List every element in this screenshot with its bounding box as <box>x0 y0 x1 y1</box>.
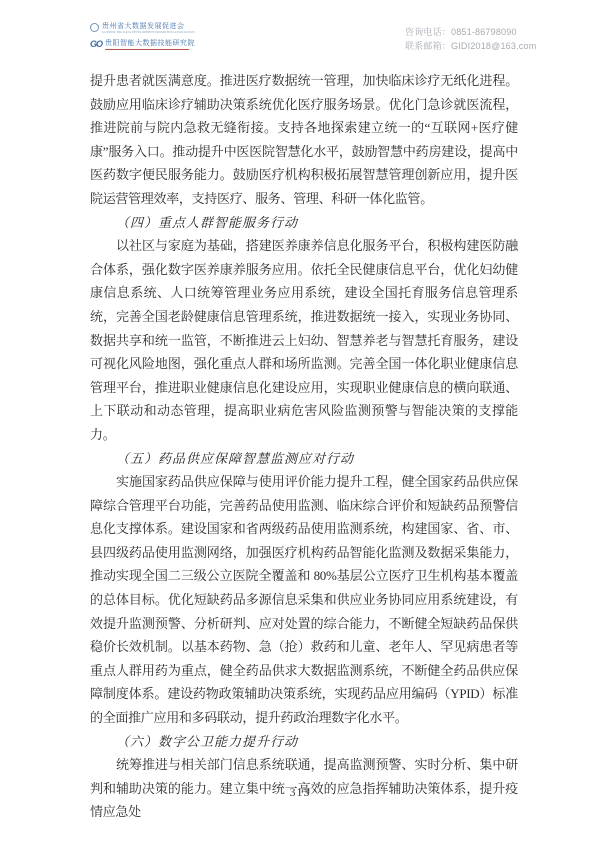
association-emblem-icon <box>90 23 99 32</box>
contact-phone: 咨询电话：0851-86798090 <box>405 25 536 39</box>
section-heading: （五）药品供应保障智慧监测应对行动 <box>90 447 518 471</box>
contact-email-value: GIDI2018@163.com <box>451 41 536 51</box>
contact-email: 联系邮箱：GIDI2018@163.com <box>405 39 536 53</box>
body-paragraph: 以社区与家庭为基础，搭建医养康养信息化服务平台，积极构建医防融合体系，强化数字医… <box>90 234 518 446</box>
logo-block: 贵州省大数据发展促进会 GUIZHOU BIG DATA DEVELOPMENT… <box>90 22 251 53</box>
document-page: 贵州省大数据发展促进会 GUIZHOU BIG DATA DEVELOPMENT… <box>0 0 600 848</box>
page-number: 313 <box>290 785 311 800</box>
contact-email-label: 联系邮箱： <box>405 41 451 51</box>
contact-phone-value: 0851-86798090 <box>451 27 517 37</box>
page-footer: 313 <box>0 783 600 801</box>
association-name: 贵州省大数据发展促进会 <box>102 22 251 30</box>
institute-logo: GO 贵阳智能大数据技能研究院 <box>90 39 251 50</box>
contact-phone-label: 咨询电话： <box>405 27 451 37</box>
institute-underline <box>105 49 189 50</box>
section-heading: （六）数字公卫能力提升行动 <box>90 730 518 754</box>
institute-name: 贵阳智能大数据技能研究院 <box>105 39 195 47</box>
document-body: 提升患者就医满意度。推进医疗数据统一管理，加快临床诊疗无纸化进程。鼓励应用临床诊… <box>90 69 518 824</box>
institute-go-mark-icon: GO <box>90 39 102 49</box>
body-paragraph: 提升患者就医满意度。推进医疗数据统一管理，加快临床诊疗无纸化进程。鼓励应用临床诊… <box>90 69 518 211</box>
section-heading: （四）重点人群智能服务行动 <box>90 211 518 235</box>
association-caption: GUIZHOU BIG DATA DEVELOPMENT PROMOTION A… <box>102 31 195 34</box>
body-paragraph: 实施国家药品供应保障与使用评价能力提升工程，健全国家药品供应保障综合管理平台功能… <box>90 470 518 730</box>
association-logo: 贵州省大数据发展促进会 GUIZHOU BIG DATA DEVELOPMENT… <box>90 22 251 36</box>
contact-info: 咨询电话：0851-86798090 联系邮箱：GIDI2018@163.com <box>405 25 536 53</box>
